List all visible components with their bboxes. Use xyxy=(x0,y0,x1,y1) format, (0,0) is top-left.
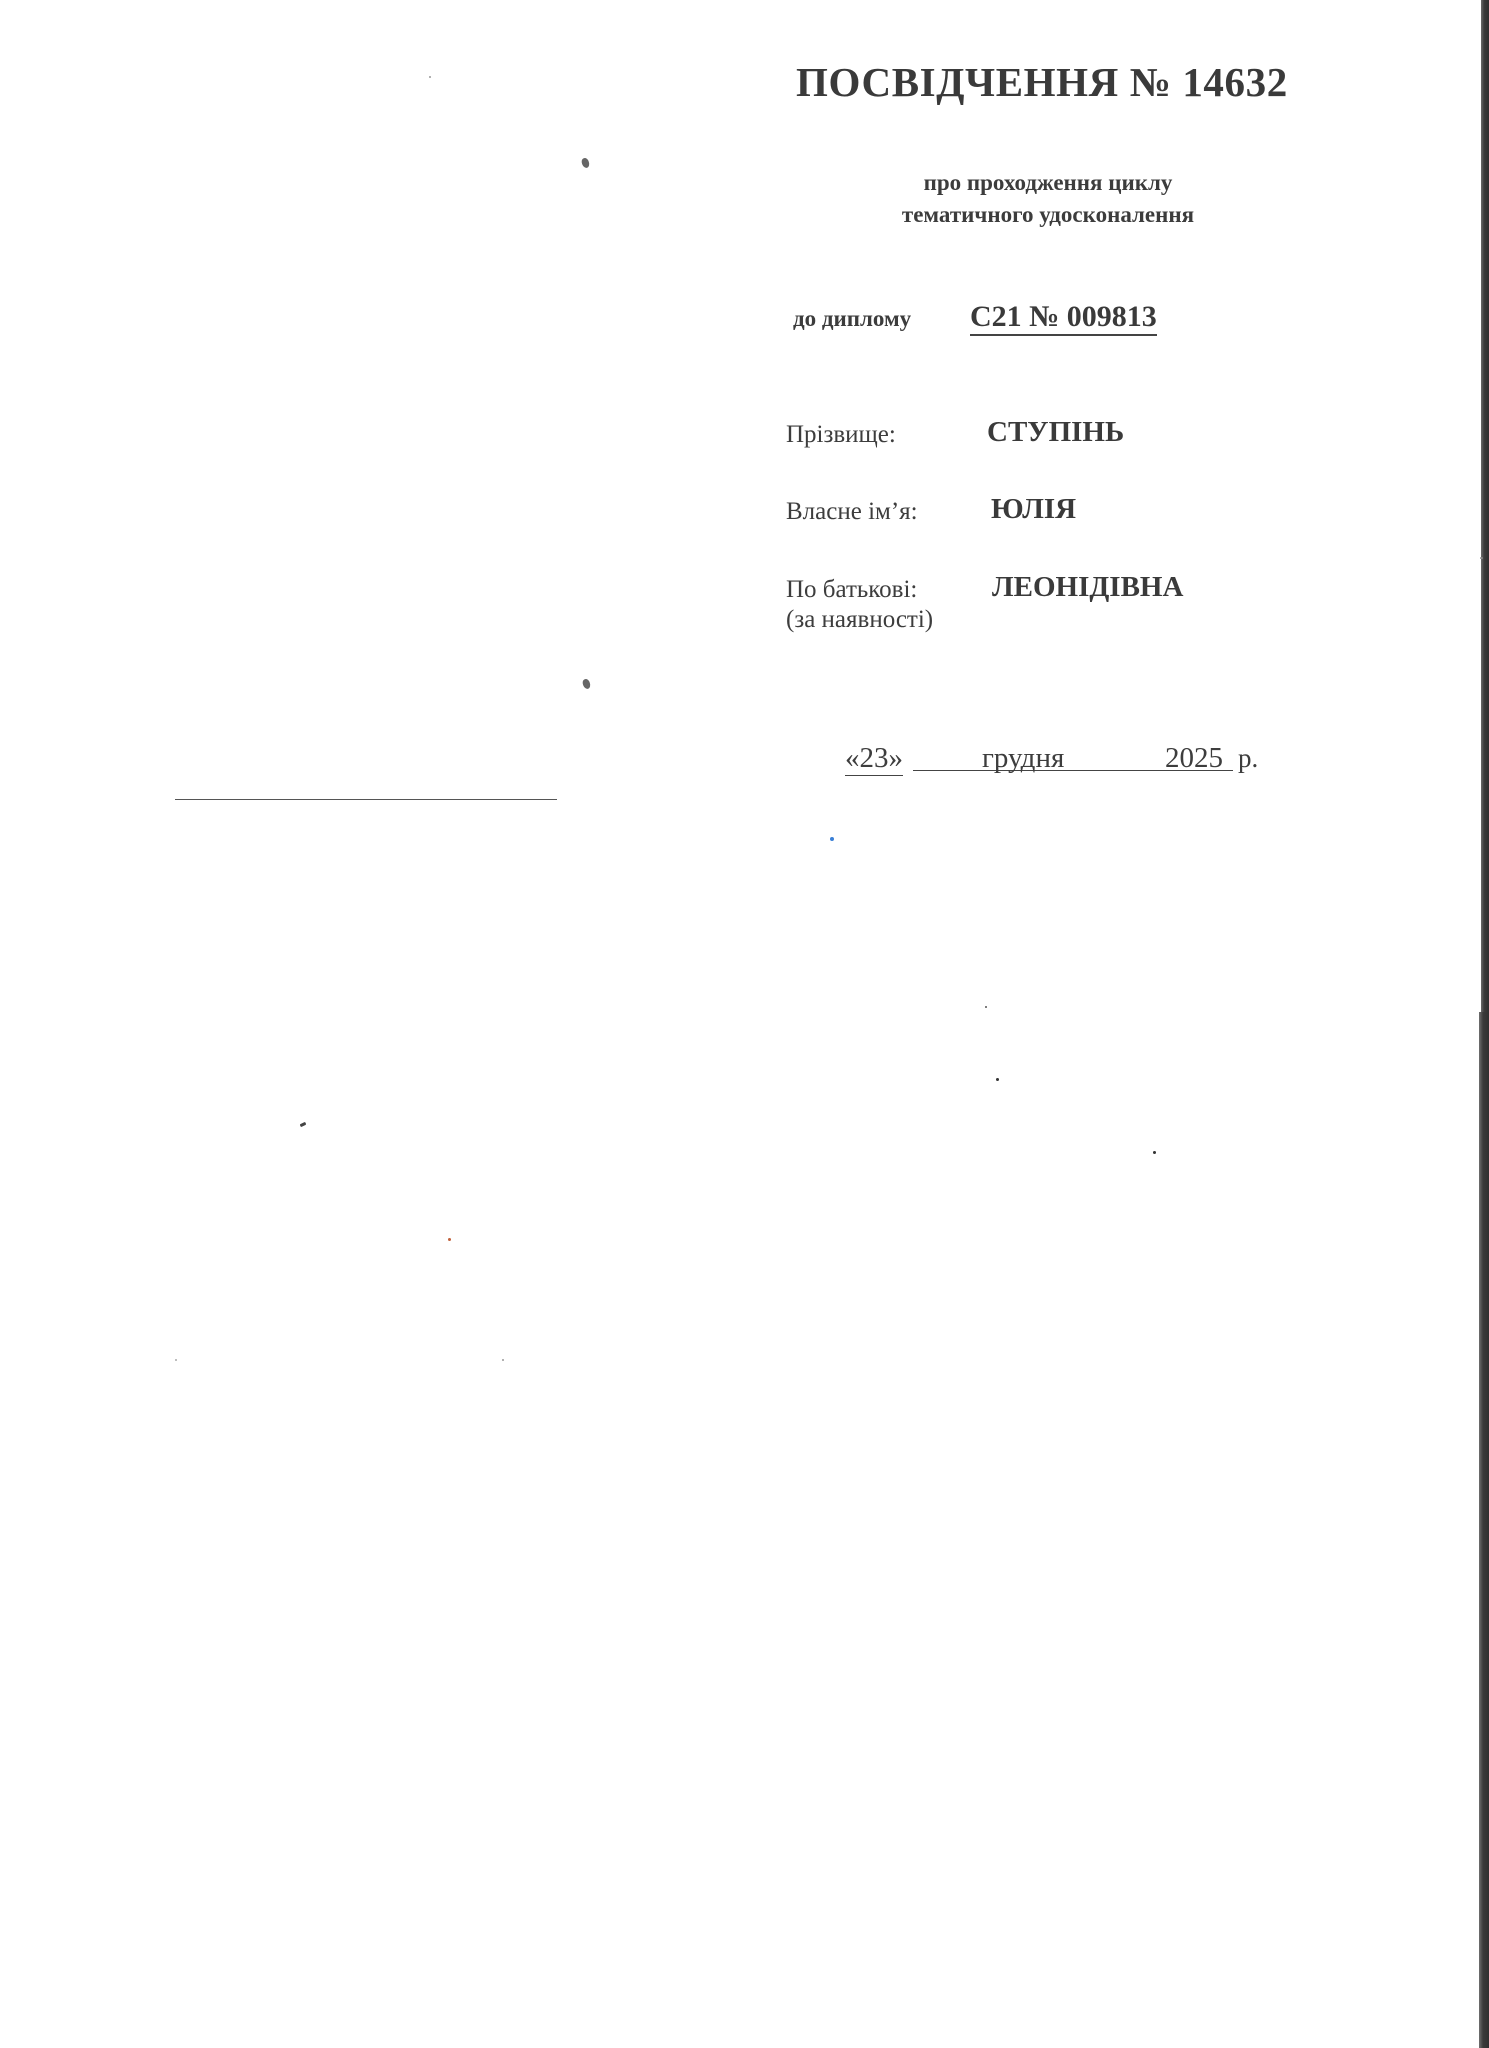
surname-label: Прізвище: xyxy=(786,420,896,450)
subtitle-line-1: про проходження циклу xyxy=(848,167,1248,199)
speck xyxy=(429,76,431,78)
diploma-number: С21 № 009813 xyxy=(970,300,1157,336)
certificate-subtitle: про проходження циклу тематичного удоско… xyxy=(848,167,1248,231)
blue-speck xyxy=(830,837,834,841)
speck xyxy=(300,1122,307,1127)
date-day: «23» xyxy=(845,741,903,776)
certificate-title: ПОСВІДЧЕННЯ № 14632 xyxy=(796,58,1288,106)
signature-line xyxy=(175,799,557,800)
punch-mark-top xyxy=(581,157,591,169)
speck xyxy=(1480,557,1483,559)
scan-edge-band-top xyxy=(1481,0,1489,1012)
date-year: 2025 xyxy=(1165,741,1223,775)
patronymic-value: ЛЕОНІДІВНА xyxy=(992,570,1183,604)
given-name-label: Власне ім’я: xyxy=(786,497,918,527)
speck xyxy=(502,1359,504,1361)
punch-mark-bottom xyxy=(582,678,592,690)
date-month: грудня xyxy=(982,741,1064,775)
date-suffix: р. xyxy=(1238,741,1258,775)
speck xyxy=(996,1078,999,1081)
surname-value: СТУПІНЬ xyxy=(987,415,1124,449)
speck xyxy=(448,1238,451,1241)
scan-edge-band-bottom xyxy=(1479,1012,1489,2048)
diploma-label: до диплому xyxy=(793,304,911,334)
given-name-value: ЮЛІЯ xyxy=(991,492,1076,526)
patronymic-note: (за наявності) xyxy=(786,605,933,635)
speck xyxy=(985,1006,987,1008)
patronymic-label: По батькові: xyxy=(786,575,917,605)
speck xyxy=(1153,1151,1156,1154)
subtitle-line-2: тематичного удосконалення xyxy=(848,199,1248,231)
speck xyxy=(175,1359,177,1361)
